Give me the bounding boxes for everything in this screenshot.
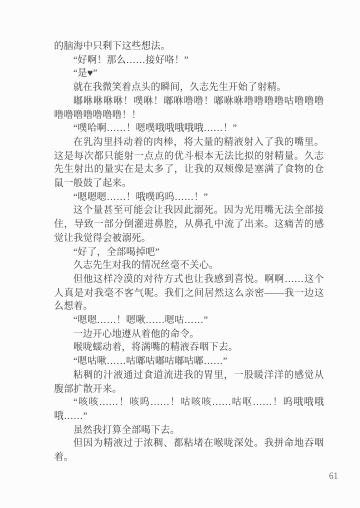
paragraph: “噗哈啊……！嗯噗哦哦哦哦哦……！” bbox=[54, 122, 324, 136]
paragraph: 嘟咻咻咻咻！噗咻！嘟咻噜噜！嘟咻咻噜噜噜噜咕噜噜噜噜噜噜噜噜噜噜！！ bbox=[54, 95, 324, 122]
paragraph: “嗯咕啾……咕嘟咕嘟咕嘟咕嘟……” bbox=[54, 355, 324, 369]
paragraph: “嗯嗯……！嗯啾……嗯咕……” bbox=[54, 314, 324, 328]
paragraph: 喉咙蠕动着，将满嘴的精液吞咽下去。 bbox=[54, 341, 324, 355]
paragraph: “咳咳……！咳呜……！咕咳咳……咕呕……！呜哦哦哦哦……” bbox=[54, 396, 324, 423]
paragraph: 一边开心地遵从着他的命令。 bbox=[54, 328, 324, 342]
paragraph: 在乳沟里抖动着的肉棒，将大量的精液射入了我的嘴里。这是每次都只能射一点点的优斗根… bbox=[54, 136, 324, 191]
page-number: 61 bbox=[329, 471, 338, 481]
paragraph: “是♥” bbox=[54, 67, 324, 81]
paragraph: “好了，全部喝掉吧” bbox=[54, 246, 324, 260]
paragraph: 但他这样冷漠的对待方式也让我感到喜悦。啊啊……这个人真是对我毫不客气呢。我们之间… bbox=[54, 273, 324, 314]
book-page: 的脑海中只剩下这些想法。 “好啊！那么……接好咯！” “是♥” 就在我微笑着点头… bbox=[0, 0, 360, 508]
paragraph: “嗯嗯嗯……！哦噗呜呜……！” bbox=[54, 191, 324, 205]
paragraph: 粘稠的汁液通过食道流进我的胃里，一股暖洋洋的感觉从腹部扩散开来。 bbox=[54, 369, 324, 396]
paragraph: 这个量甚至可能会让我因此溺死。因为光用嘴无法全部接住，导致一部分倒灌进鼻腔，从鼻… bbox=[54, 204, 324, 245]
paragraph: “好啊！那么……接好咯！” bbox=[54, 54, 324, 68]
text-block: 的脑海中只剩下这些想法。 “好啊！那么……接好咯！” “是♥” 就在我微笑着点头… bbox=[54, 40, 324, 465]
paragraph: 久志先生对我的情况丝毫不关心。 bbox=[54, 259, 324, 273]
paragraph: 虽然我打算全部喝下去。 bbox=[54, 424, 324, 438]
paragraph: 但因为精液过于浓稠、都粘堵在喉咙深处。我拼命地吞咽着。 bbox=[54, 437, 324, 464]
paragraph: 的脑海中只剩下这些想法。 bbox=[54, 40, 324, 54]
paragraph: 就在我微笑着点头的瞬间，久志先生开始了射精。 bbox=[54, 81, 324, 95]
